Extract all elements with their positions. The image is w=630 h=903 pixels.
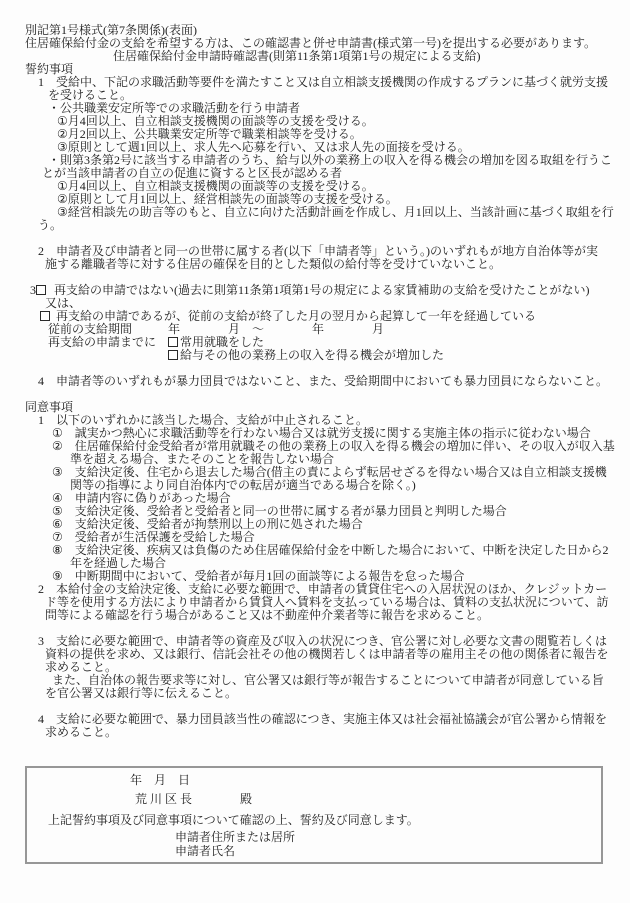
pledge-items-heading-text: 誓約事項 — [25, 62, 73, 76]
business-requirement-3: ③経営相談先の助言等のもと、自立に向けた活動計画を作成し、月1回以上、当該計画に… — [0, 206, 630, 219]
applicant-name-label: 申請者氏名 — [27, 845, 601, 858]
pledge-item-2-text: 2 申請者及び申請者と同一の世帯に属する者(以下「申請者等」という。)のいずれも… — [38, 244, 598, 258]
document-page: 別記第1号様式(第7条関係)(表面)住居確保給付金の支給を希望する方は、この確認… — [0, 0, 630, 903]
pledge-item-2-cont: 施する離職者等に対する住居の確保を目的とした類似の給付等を受けていないこと。 — [0, 258, 630, 271]
jobseeker-bullet-text: ・公共職業安定所等での求職活動を行う申請者 — [48, 101, 300, 115]
pledge-item-3-option-a: 3再支給の申請ではない(過去に則第11条第1項第1号の規定による家賃補助の支給を… — [0, 284, 630, 297]
document-lines: 別記第1号様式(第7条関係)(表面)住居確保給付金の支給を希望する方は、この確認… — [0, 24, 630, 739]
business-bullet-text: ・則第3条第2号に該当する申請者のうち、給与以外の業務上の収入を得る機会の増加を… — [48, 153, 612, 167]
signature-box: 年 月 日 荒 川 区 長 殿 上記誓約事項及び同意事項について確認の上、誓約及… — [25, 766, 603, 864]
checkbox-reapplication-one-year-elapsed[interactable] — [40, 311, 50, 321]
confirmation-statement: 上記誓約事項及び同意事項について確認の上、誓約及び同意します。 — [27, 811, 601, 831]
consent-1-sub-2-cont-text: 準を超える場合、またそのことを報告しない場合 — [70, 452, 334, 466]
addressee-line: 荒 川 区 長 殿 — [27, 790, 601, 811]
business-requirement-3-cont: う。 — [0, 219, 630, 232]
instruction-line-text: 住居確保給付金の支給を希望する方は、この確認書と併せ申請書(様式第一号)を提出す… — [25, 36, 596, 50]
before-reapplication-line-prefix: 再支給の申請までに — [48, 335, 168, 349]
jobseeker-requirement-3-text: ③原則として週1回以上、求人先へ応募を行い、又は求人先の面接を受ける。 — [57, 140, 470, 154]
consent-1-sub-3-cont-text: 関等の指導により同自治体内での転居が適当である場合を除く。) — [70, 478, 416, 492]
consent-item-4-cont: 求めること。 — [0, 726, 630, 739]
income-increase-option: 給与その他の業務上の収入を得る機会が増加した — [0, 349, 630, 362]
consent-item-3-cont-3-text: また、自治体の報告要求等に対し、官公署又は銀行等が報告することについて申請者が同… — [52, 673, 604, 687]
business-requirement-2-text: ②原則として月1回以上、経営相談先の面談等の支援を受ける。 — [57, 192, 398, 206]
before-reapplication-line-text: 常用就職をした — [180, 335, 264, 349]
consent-1-sub-3-text: ③ 支給決定後、住宅から退去した場合(借主の責によらず転居せざるを得ない場合又は… — [52, 465, 607, 479]
pledge-item-3-option-a-text: 再支給の申請ではない(過去に則第11条第1項第1号の規定による家賃補助の支給を受… — [54, 283, 590, 297]
consent-1-sub-2-text: ② 住居確保給付金受給者が常用就職その他の業務上の収入を得る機会の増加に伴い、そ… — [52, 439, 615, 453]
consent-item-2-cont-2-text: 問等による確認を行う場合があること又は不動産仲介業者等に報告を求めること。 — [45, 608, 489, 622]
consent-1-sub-1-text: ① 誠実かつ熱心に求職活動等を行わない場合又は就労支援に関する実施主体の指示に従… — [52, 426, 591, 440]
consent-1-sub-9-text: ⑨ 中断期間中において、受給者が毎月1回の面談等による報告を怠った場合 — [52, 569, 465, 583]
checkbox-income-opportunity-increased[interactable] — [168, 350, 178, 360]
consent-item-2-cont-1-text: ド等を使用する方法により申請者から賃貸人へ賃料を支払っている場合は、賃料の支払状… — [45, 595, 609, 609]
jobseeker-requirement-1-text: ①月4回以上、自立相談支援機関の面談等の支援を受ける。 — [57, 114, 374, 128]
consent-1-sub-7-text: ⑦ 受給者が生活保護を受給した場合 — [52, 530, 255, 544]
pledge-item-4: 4 申請者等のいずれもが暴力団員ではないこと、また、受給期間中においても暴力団員… — [0, 375, 630, 388]
checkbox-regular-employment[interactable] — [168, 337, 178, 347]
pledge-item-2-cont-text: 施する離職者等に対する住居の確保を目的とした類似の給付等を受けていないこと。 — [45, 257, 501, 271]
business-requirement-1-text: ①月4回以上、自立相談支援機関の面談等の支援を受ける。 — [57, 179, 374, 193]
form-number-line-text: 別記第1号様式(第7条関係)(表面) — [25, 23, 197, 37]
consent-items-heading-text: 同意事項 — [25, 400, 73, 414]
previous-grant-period-line-text: 従前の支給期間 年 月 ～ 年 月 — [48, 322, 384, 336]
business-requirement-3-cont-text: う。 — [38, 218, 62, 232]
checkbox-not-reapplication[interactable] — [36, 285, 46, 295]
consent-1-sub-8-text: ⑧ 支給決定後、疾病又は負傷のため住居確保給付金を中断した場合において、中断を決… — [52, 543, 609, 557]
consent-1-sub-6-text: ⑥ 支給決定後、受給者が拘禁刑以上の刑に処された場合 — [52, 517, 363, 531]
consent-item-4-text: 4 支給に必要な範囲で、暴力団員該当性の確認につき、実施主体又は社会福祉協議会が… — [38, 712, 607, 726]
pledge-item-1-cont-text: を受けること。 — [48, 88, 132, 102]
income-increase-option-text: 給与その他の業務上の収入を得る機会が増加した — [180, 348, 444, 362]
or-label-text: 又は、 — [45, 296, 81, 310]
business-requirement-3-text: ③経営相談先の助言等のもと、自立に向けた活動計画を作成し、月1回以上、当該計画に… — [57, 205, 614, 219]
consent-1-sub-4-text: ④ 申請内容に偽りがあった場合 — [52, 491, 231, 505]
pledge-item-3-option-b-text: 再支給の申請であるが、従前の支給が終了した月の翌月から起算して一年を経過している — [56, 309, 536, 323]
consent-1-sub-8-cont-text: 年を経過した場合 — [70, 556, 166, 570]
document-title-text: 住居確保給付金申請時確認書(則第11条第1項第1号の規定による支給) — [113, 49, 481, 63]
document-title: 住居確保給付金申請時確認書(則第11条第1項第1号の規定による支給) — [0, 50, 630, 63]
applicant-address-label: 申請者住所または居所 — [27, 831, 601, 845]
consent-item-3-cont-2-text: 求めること。 — [45, 660, 117, 674]
consent-item-2-cont-2: 問等による確認を行う場合があること又は不動産仲介業者等に報告を求めること。 — [0, 609, 630, 622]
consent-item-3-text: 3 支給に必要な範囲で、申請者等の資産及び収入の状況につき、官公署に対し必要な文… — [38, 634, 607, 648]
consent-1-sub-5-text: ⑤ 支給決定後、受給者と受給者と同一の世帯に属する者が暴力団員と判明した場合 — [52, 504, 507, 518]
consent-item-1-text: 1 以下のいずれかに該当した場合、支給が中止されること。 — [38, 413, 368, 427]
consent-item-3-cont-4: を官公署又は銀行等に伝えること。 — [0, 687, 630, 700]
consent-item-3-cont-1-text: 資料の提供を求め、又は銀行、信託会社その他の機関若しくは申請者等の雇用主その他の… — [45, 647, 609, 661]
signature-date-line: 年 月 日 — [27, 772, 601, 790]
consent-item-4-cont-text: 求めること。 — [45, 725, 117, 739]
jobseeker-requirement-2-text: ②月2回以上、公共職業安定所等で職業相談等を受ける。 — [57, 127, 362, 141]
consent-item-3-cont-4-text: を官公署又は銀行等に伝えること。 — [45, 686, 237, 700]
pledge-item-4-text: 4 申請者等のいずれもが暴力団員ではないこと、また、受給期間中においても暴力団員… — [38, 374, 608, 388]
consent-item-2-text: 2 本給付金の支給決定後、支給に必要な範囲で、申請者の賃貸住宅への入居状況のほか… — [38, 582, 607, 596]
business-bullet-cont-text: とが当該申請者の自立の促進に資すると区長が認める者 — [42, 166, 342, 180]
pledge-item-1-text: 1 受給中、下記の求職活動等要件を満たすこと又は自立相談支援機関の作成するプラン… — [38, 75, 608, 89]
